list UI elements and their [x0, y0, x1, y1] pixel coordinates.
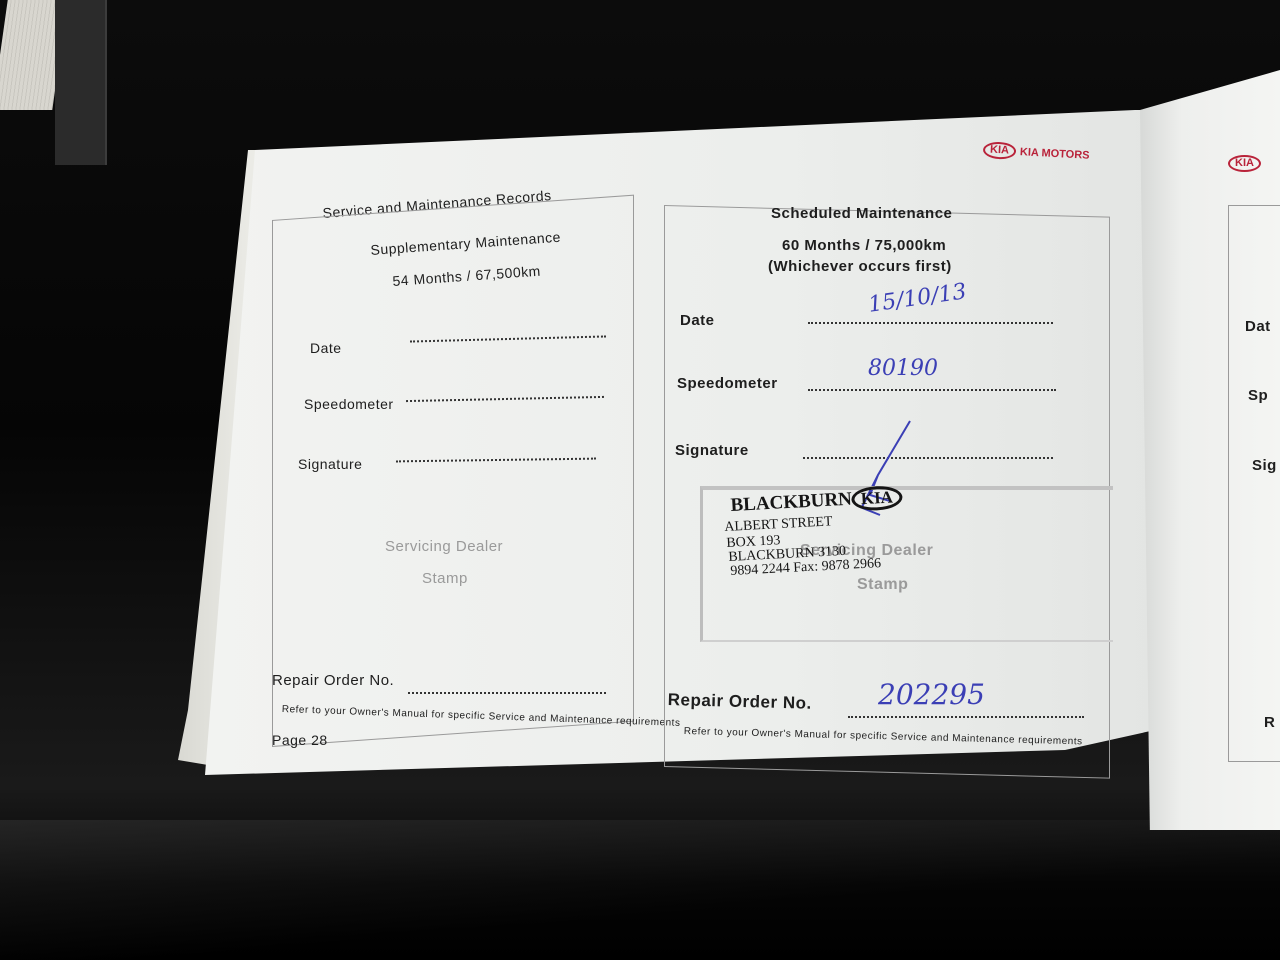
- next-date-label: Dat: [1245, 318, 1271, 335]
- left-repair-order-field[interactable]: [408, 692, 606, 694]
- surface-reflection: [0, 820, 1280, 960]
- left-speedometer-label: Speedometer: [304, 396, 394, 412]
- left-stamp-placeholder-line2: Stamp: [422, 570, 468, 587]
- right-date-label: Date: [680, 312, 715, 329]
- next-speedometer-label: Sp: [1248, 387, 1268, 404]
- right-record-condition: (Whichever occurs first): [768, 258, 952, 275]
- right-repair-order-field[interactable]: [848, 716, 1084, 718]
- left-date-label: Date: [310, 340, 342, 356]
- left-stamp-placeholder-line1: Servicing Dealer: [385, 538, 503, 555]
- brand-name: KIA MOTORS: [1020, 146, 1090, 162]
- kia-logo-next-page: KIA: [1228, 155, 1261, 172]
- page-number: Page 28: [272, 732, 328, 748]
- left-repair-order-label: Repair Order No.: [272, 672, 394, 689]
- stamp-kia-logo: KIA: [851, 485, 902, 512]
- next-repair-order-label: R: [1264, 714, 1275, 731]
- stamp-name-text: BLACKBURN: [730, 489, 852, 516]
- right-repair-order-value: 202295: [878, 678, 985, 711]
- kia-logo-icon: KIA: [983, 141, 1017, 160]
- next-signature-label: Sig: [1252, 457, 1277, 474]
- dealer-stamp: BLACKBURNKIA ALBERT STREET BOX 193 BLACK…: [700, 486, 1120, 646]
- right-speedometer-field[interactable]: [808, 389, 1056, 391]
- next-page-box: [1228, 205, 1280, 762]
- dark-stand: [55, 0, 107, 165]
- kia-logo-icon: KIA: [1228, 155, 1261, 172]
- right-speedometer-label: Speedometer: [677, 375, 778, 392]
- right-record-interval: 60 Months / 75,000km: [782, 237, 946, 254]
- right-date-field[interactable]: [808, 322, 1053, 324]
- left-signature-label: Signature: [298, 456, 362, 472]
- right-signature-label: Signature: [675, 442, 749, 459]
- right-speedometer-value: 80190: [868, 356, 938, 381]
- right-record-title: Scheduled Maintenance: [771, 205, 952, 222]
- right-repair-order-label: Repair Order No.: [667, 690, 812, 714]
